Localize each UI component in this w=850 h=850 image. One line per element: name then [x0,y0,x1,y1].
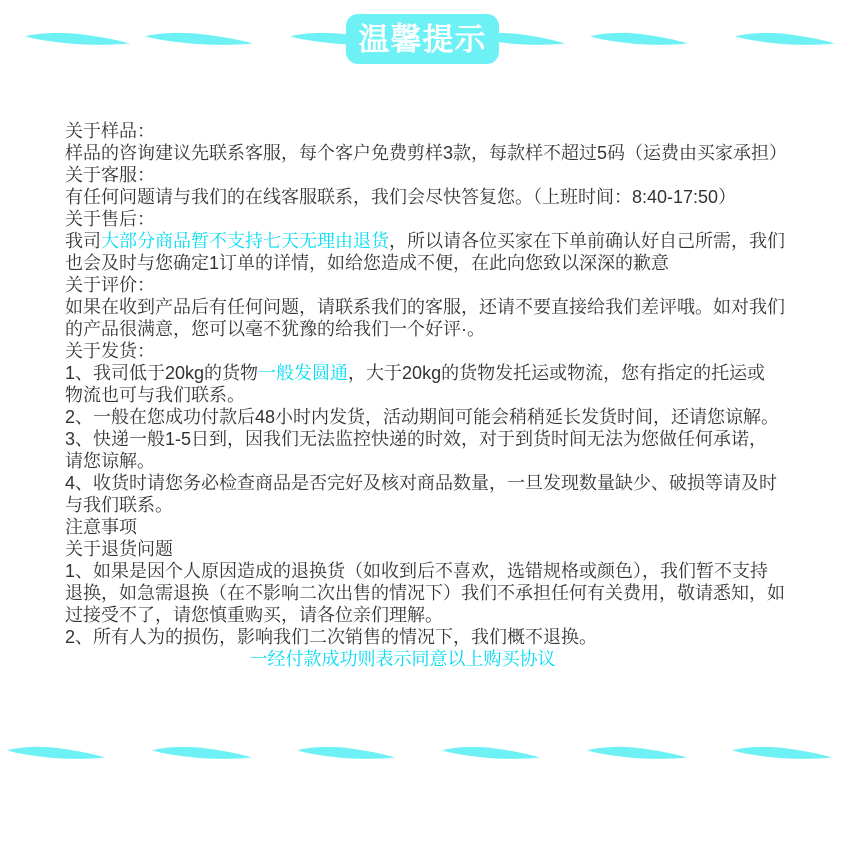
body-line: 1、如果是因个人原因造成的退换货（如收到后不喜欢，选错规格或颜色），我们暂不支持 [65,560,845,582]
body-line: 关于发货： [65,340,845,362]
body-text: 注意事项 [65,517,137,537]
body-line: 2、所有人为的损伤，影响我们二次销售的情况下，我们概不退换。 [65,626,845,648]
body-line: 关于评价： [65,274,845,296]
body-text: 有任何问题请与我们的在线客服联系，我们会尽快答复您。（上班时间：8:40-17:… [65,187,736,207]
body-text: 样品的咨询建议先联系客服，每个客户免费剪样3款，每款样不超过5码（运费由买家承担… [65,143,787,163]
body-text: 过接受不了，请您慎重购买，请各位亲们理解。 [65,605,443,625]
body-text: 3、快递一般1-5日到，因我们无法监控快递的时效，对于到货时间无法为您做任何承诺… [65,429,767,449]
body-line: 2、一般在您成功付款后48小时内发货，活动期间可能会稍稍延长发货时间，还请您谅解… [65,406,845,428]
body-text: 也会及时与您确定1订单的详情，如给您造成不便，在此向您致以深深的歉意 [65,253,669,273]
body-text: 我司 [65,231,101,251]
body-line: 退换，如急需退换（在不影响二次出售的情况下）我们不承担任何有关费用，敬请悉知，如 [65,582,845,604]
body-text: 关于客服： [65,165,155,185]
body-text: 如果在收到产品后有任何问题，请联系我们的客服，还请不要直接给我们差评哦。如对我们 [65,297,785,317]
brush-stroke-icon [7,744,105,762]
body-text: 关于评价： [65,275,155,295]
highlighted-text: 大部分商品暂不支持七天无理由退货 [101,231,389,251]
body-text: 关于退货问题 [65,539,173,559]
body-text: 与我们联系。 [65,495,173,515]
body-text: 1、我司低于20kg的货物 [65,363,258,383]
brush-stroke-icon [442,744,540,762]
body-line: 也会及时与您确定1订单的详情，如给您造成不便，在此向您致以深深的歉意 [65,252,845,274]
body-text: 关于售后： [65,209,155,229]
body-text: ，所以请各位买家在下单前确认好自己所需，我们 [389,231,785,251]
body-line: 如果在收到产品后有任何问题，请联系我们的客服，还请不要直接给我们差评哦。如对我们 [65,296,845,318]
highlighted-text: 一般发圆通 [258,363,348,383]
brush-stroke-icon [732,744,832,762]
body-line: 关于退货问题 [65,538,845,560]
body-text: 物流也可与我们联系。 [65,385,245,405]
brush-stroke-icon [297,744,395,762]
body-text: 2、一般在您成功付款后48小时内发货，活动期间可能会稍稍延长发货时间，还请您谅解… [65,407,779,427]
brush-stroke-icon [735,30,835,48]
body-text: 的产品很满意，您可以毫不犹豫的给我们一个好评·。 [65,319,485,339]
body-line: 我司大部分商品暂不支持七天无理由退货，所以请各位买家在下单前确认好自己所需，我们 [65,230,845,252]
body-text: 4、收货时请您务必检查商品是否完好及核对商品数量，一旦发现数量缺少、破损等请及时 [65,473,777,493]
brush-stroke-icon [25,30,130,48]
body-text: 1、如果是因个人原因造成的退换货（如收到后不喜欢，选错规格或颜色），我们暂不支持 [65,561,768,581]
warm-tips-notice-page: 温馨提示 关于样品：样品的咨询建议先联系客服，每个客户免费剪样3款，每款样不超过… [0,0,850,850]
body-line: 物流也可与我们联系。 [65,384,845,406]
body-line: 的产品很满意，您可以毫不犹豫的给我们一个好评·。 [65,318,845,340]
brush-stroke-icon [587,744,687,762]
brush-stroke-icon [590,30,688,48]
page-title-box: 温馨提示 [346,14,499,64]
body-line: 样品的咨询建议先联系客服，每个客户免费剪样3款，每款样不超过5码（运费由买家承担… [65,142,845,164]
body-line: 过接受不了，请您慎重购买，请各位亲们理解。 [65,604,845,626]
notice-body: 关于样品：样品的咨询建议先联系客服，每个客户免费剪样3款，每款样不超过5码（运费… [65,120,845,648]
body-line: 与我们联系。 [65,494,845,516]
page-title: 温馨提示 [359,24,487,55]
body-line: 注意事项 [65,516,845,538]
body-text: 关于发货： [65,341,155,361]
body-text: ，大于20kg的货物发托运或物流，您有指定的托运或 [348,363,765,383]
body-line: 有任何问题请与我们的在线客服联系，我们会尽快答复您。（上班时间：8:40-17:… [65,186,845,208]
body-text: 请您谅解。 [65,451,155,471]
body-line: 关于客服： [65,164,845,186]
brush-stroke-icon [152,744,252,762]
body-line: 关于样品： [65,120,845,142]
body-line: 1、我司低于20kg的货物一般发圆通，大于20kg的货物发托运或物流，您有指定的… [65,362,845,384]
body-text: 关于样品： [65,121,155,141]
body-line: 4、收货时请您务必检查商品是否完好及核对商品数量，一旦发现数量缺少、破损等请及时 [65,472,845,494]
body-line: 3、快递一般1-5日到，因我们无法监控快递的时效，对于到货时间无法为您做任何承诺… [65,428,845,450]
body-line: 请您谅解。 [65,450,845,472]
body-text: 退换，如急需退换（在不影响二次出售的情况下）我们不承担任何有关费用，敬请悉知，如 [65,583,785,603]
body-text: 2、所有人为的损伤，影响我们二次销售的情况下，我们概不退换。 [65,627,597,647]
brush-stroke-icon [145,30,253,48]
body-line: 关于售后： [65,208,845,230]
purchase-agreement-note: 一经付款成功则表示同意以上购买协议 [65,648,740,670]
